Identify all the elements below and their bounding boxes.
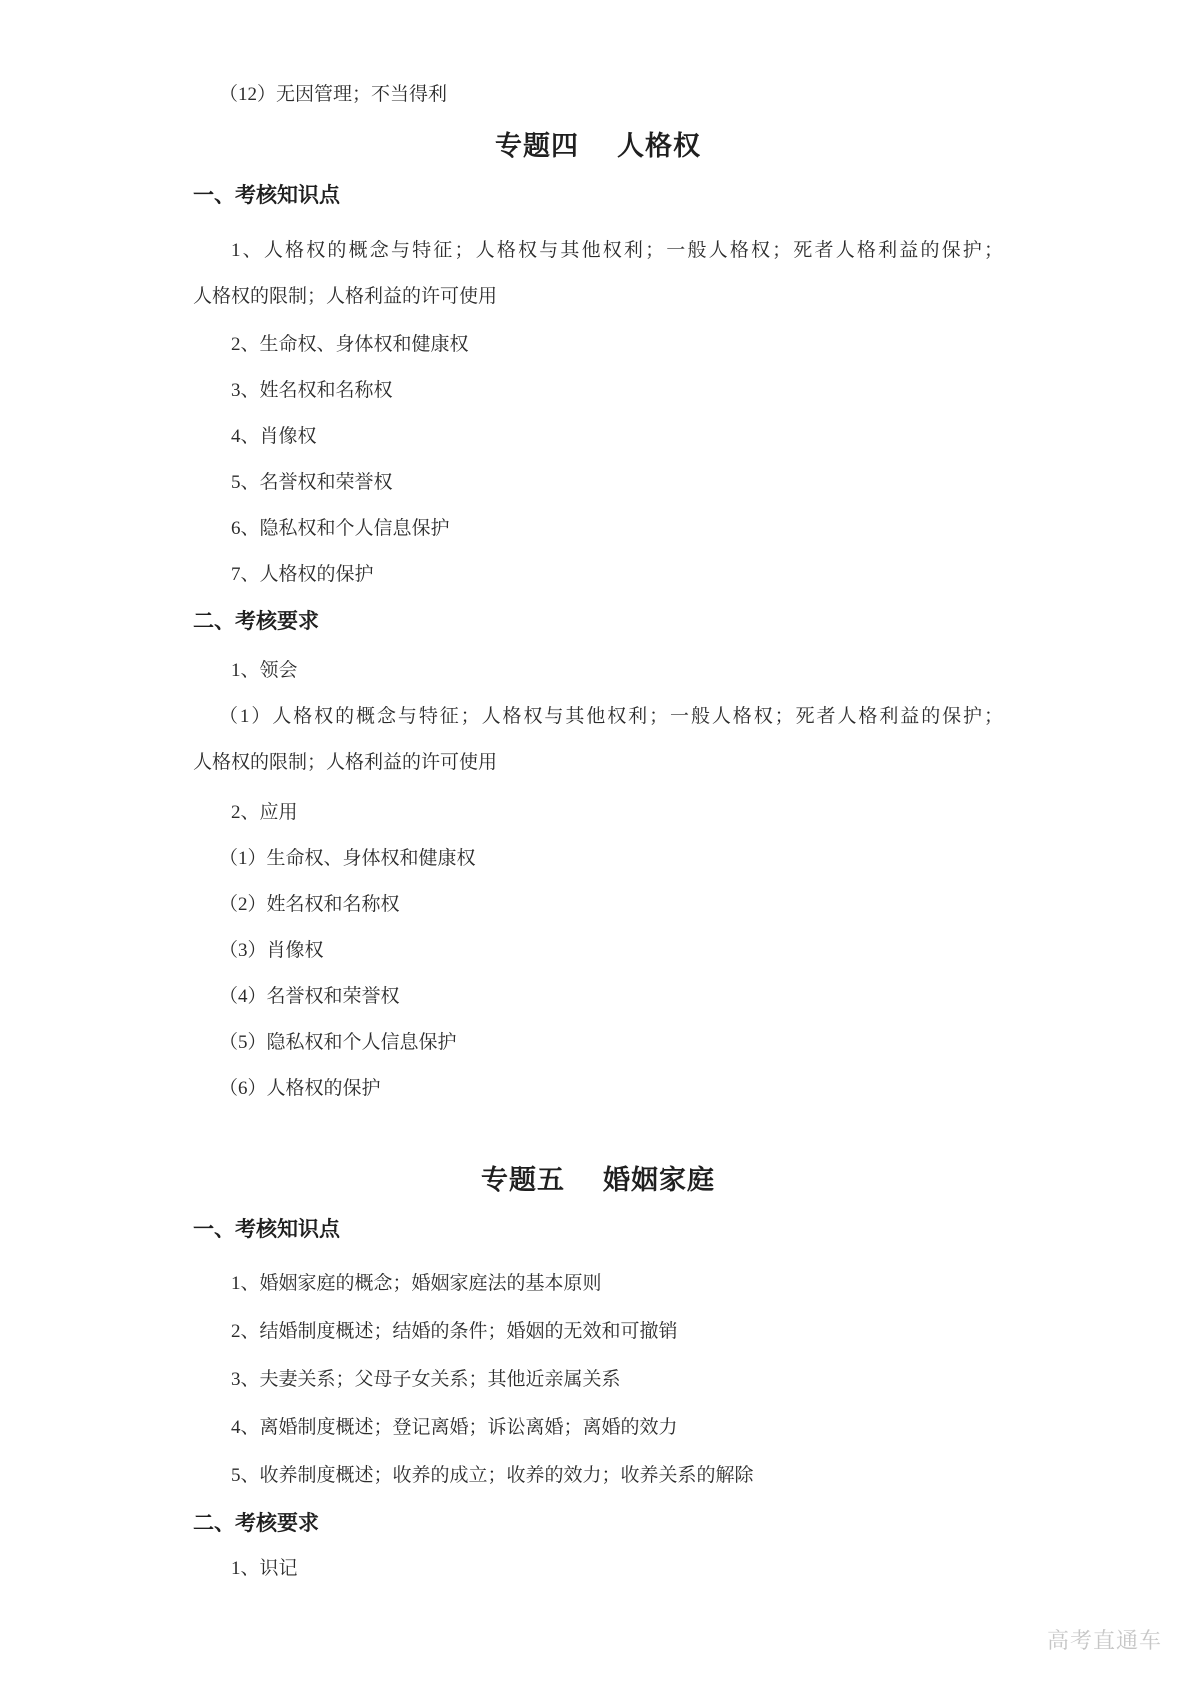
knowledge-item: 3、夫妻关系；父母子女关系；其他近亲属关系 — [193, 1356, 1003, 1404]
section-heading-knowledge-points: 一、考核知识点 — [193, 1206, 1003, 1252]
watermark-text: 高考直通车 — [1047, 1628, 1162, 1654]
chapter-heading-topic4: 专题四人格权 — [193, 120, 1003, 172]
knowledge-item: 3、姓名权和名称权 — [193, 368, 1003, 414]
requirement-item: （4）名誉权和荣誉权 — [193, 974, 1003, 1020]
chapter-number: 专题五 — [481, 1165, 565, 1195]
requirement-item: （1）生命权、身体权和健康权 — [193, 836, 1003, 882]
chapter-title: 婚姻家庭 — [603, 1165, 715, 1195]
requirement-item: （6）人格权的保护 — [193, 1066, 1003, 1112]
knowledge-item: 5、收养制度概述；收养的成立；收养的效力；收养关系的解除 — [193, 1452, 1003, 1500]
chapter-title: 人格权 — [617, 131, 701, 161]
requirement-level: 1、领会 — [193, 648, 1003, 694]
requirement-item: （1）人格权的概念与特征；人格权与其他权利；一般人格权；死者人格利益的保护； — [193, 694, 1003, 740]
requirement-item-continuation: 人格权的限制；人格利益的许可使用 — [193, 740, 1003, 786]
requirement-level: 2、应用 — [193, 790, 1003, 836]
document-content: （12）无因管理；不当得利 专题四人格权 一、考核知识点 1、人格权的概念与特征… — [0, 0, 1190, 1592]
section-heading-knowledge-points: 一、考核知识点 — [193, 172, 1003, 218]
knowledge-item: 1、人格权的概念与特征；人格权与其他权利；一般人格权；死者人格利益的保护； — [193, 228, 1003, 274]
knowledge-item: 1、婚姻家庭的概念；婚姻家庭法的基本原则 — [193, 1260, 1003, 1308]
section-heading-requirements: 二、考核要求 — [193, 1500, 1003, 1546]
knowledge-item: 7、人格权的保护 — [193, 552, 1003, 598]
knowledge-item-continuation: 人格权的限制；人格利益的许可使用 — [193, 274, 1003, 320]
knowledge-item: 2、生命权、身体权和健康权 — [193, 322, 1003, 368]
section-heading-requirements: 二、考核要求 — [193, 598, 1003, 644]
knowledge-item: 4、离婚制度概述；登记离婚；诉讼离婚；离婚的效力 — [193, 1404, 1003, 1452]
requirement-item: （5）隐私权和个人信息保护 — [193, 1020, 1003, 1066]
requirement-item: （3）肖像权 — [193, 928, 1003, 974]
carryover-list-item: （12）无因管理；不当得利 — [193, 72, 1003, 118]
requirement-item: （2）姓名权和名称权 — [193, 882, 1003, 928]
knowledge-item: 5、名誉权和荣誉权 — [193, 460, 1003, 506]
document-page: （12）无因管理；不当得利 专题四人格权 一、考核知识点 1、人格权的概念与特征… — [0, 0, 1190, 1683]
knowledge-item: 4、肖像权 — [193, 414, 1003, 460]
knowledge-item: 6、隐私权和个人信息保护 — [193, 506, 1003, 552]
chapter-heading-topic5: 专题五婚姻家庭 — [193, 1154, 1003, 1206]
knowledge-item: 2、结婚制度概述；结婚的条件；婚姻的无效和可撤销 — [193, 1308, 1003, 1356]
chapter-number: 专题四 — [495, 131, 579, 161]
requirement-level: 1、识记 — [193, 1546, 1003, 1592]
